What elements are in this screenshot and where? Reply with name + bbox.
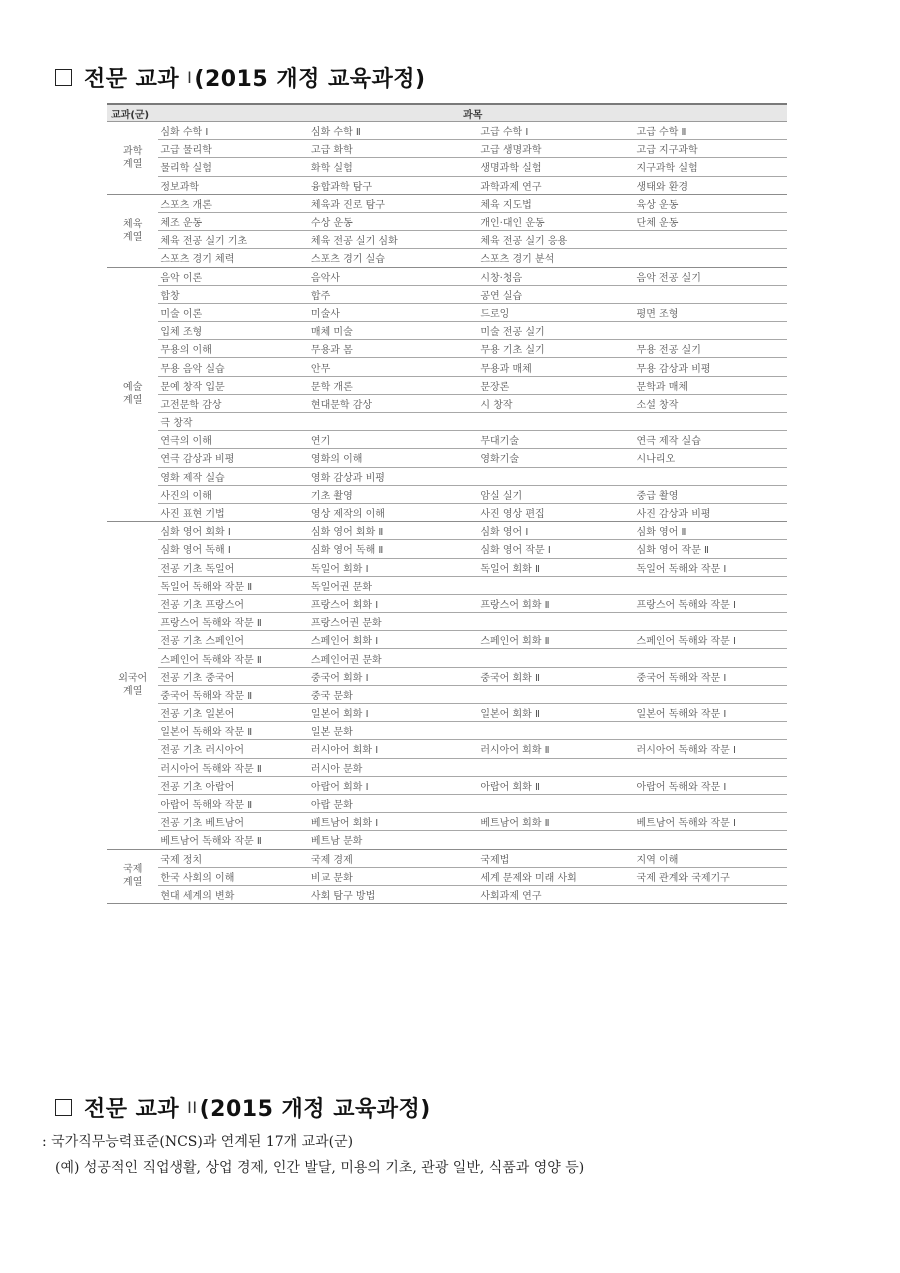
subject-cell: 음악사 <box>309 267 478 285</box>
table-row: 물리학 실험화학 실험생명과학 실험지구과학 실험 <box>107 158 787 176</box>
subject-cell: 아랍어 독해와 작문 Ⅱ <box>158 794 309 812</box>
subject-cell: 극 창작 <box>158 413 309 431</box>
checkbox-icon <box>55 69 72 86</box>
table-row: 베트남어 독해와 작문 Ⅱ베트남 문화 <box>107 831 787 849</box>
subject-cell: 고급 화학 <box>309 140 478 158</box>
subject-cell: 스페인어 독해와 작문 Ⅱ <box>158 649 309 667</box>
subject-cell: 심화 영어 회화 Ⅱ <box>309 522 478 540</box>
table-row: 입체 조형매체 미술미술 전공 실기 <box>107 322 787 340</box>
subject-cell <box>635 467 787 485</box>
subject-cell: 사진 감상과 비평 <box>635 503 787 521</box>
subject-cell: 한국 사회의 이해 <box>158 867 309 885</box>
subject-cell: 러시아어 회화 Ⅱ <box>478 740 634 758</box>
table-row: 연극 감상과 비평영화의 이해영화기술시나리오 <box>107 449 787 467</box>
subject-cell: 영화기술 <box>478 449 634 467</box>
subject-cell: 체육 전공 실기 기초 <box>158 231 309 249</box>
subject-cell: 고급 물리학 <box>158 140 309 158</box>
subject-cell: 영화 제작 실습 <box>158 467 309 485</box>
subject-cell: 고급 수학 Ⅰ <box>478 122 634 140</box>
subject-cell <box>635 576 787 594</box>
subject-cell: 문예 창작 입문 <box>158 376 309 394</box>
subject-cell: 비교 문화 <box>309 867 478 885</box>
subject-cell <box>635 831 787 849</box>
subject-cell: 스포츠 개론 <box>158 194 309 212</box>
subject-cell: 지역 이해 <box>635 849 787 867</box>
subject-cell: 일본어 독해와 작문 Ⅰ <box>635 704 787 722</box>
table-row: 과학계열심화 수학 Ⅰ심화 수학 Ⅱ고급 수학 Ⅰ고급 수학 Ⅱ <box>107 122 787 140</box>
heading-title: 전문 교과 <box>84 1092 179 1123</box>
subject-cell: 아랍어 회화 Ⅰ <box>309 776 478 794</box>
table-row: 스페인어 독해와 작문 Ⅱ스페인어권 문화 <box>107 649 787 667</box>
subject-cell: 고급 지구과학 <box>635 140 787 158</box>
group-label: 외국어계열 <box>107 522 158 849</box>
subject-cell: 현대문학 감상 <box>309 394 478 412</box>
subject-cell: 기초 촬영 <box>309 485 478 503</box>
table-header-row: 교과(군) 과목 <box>107 104 787 122</box>
subject-cell: 문학과 매체 <box>635 376 787 394</box>
subject-cell: 사회과제 연구 <box>478 885 634 903</box>
subject-cell <box>635 413 787 431</box>
table-row: 미술 이론미술사드로잉평면 조형 <box>107 303 787 321</box>
subject-cell: 안무 <box>309 358 478 376</box>
subject-cell: 러시아어 독해와 작문 Ⅰ <box>635 740 787 758</box>
subject-cell: 현대 세계의 변화 <box>158 885 309 903</box>
subject-cell: 스페인어권 문화 <box>309 649 478 667</box>
subject-cell: 수상 운동 <box>309 212 478 230</box>
table-row: 스포츠 경기 체력스포츠 경기 실습스포츠 경기 분석 <box>107 249 787 267</box>
subject-cell: 정보과학 <box>158 176 309 194</box>
subject-cell: 음악 이론 <box>158 267 309 285</box>
subject-cell <box>478 613 634 631</box>
subject-cell: 베트남어 회화 Ⅱ <box>478 813 634 831</box>
subject-cell: 독일어권 문화 <box>309 576 478 594</box>
subject-cell: 시 창작 <box>478 394 634 412</box>
subject-cell: 미술사 <box>309 303 478 321</box>
subject-cell: 고급 생명과학 <box>478 140 634 158</box>
subject-cell: 스포츠 경기 실습 <box>309 249 478 267</box>
subject-cell: 심화 수학 Ⅱ <box>309 122 478 140</box>
subject-cell: 심화 영어 작문 Ⅰ <box>478 540 634 558</box>
subject-cell: 독일어 독해와 작문 Ⅰ <box>635 558 787 576</box>
subject-cell: 사진 표현 기법 <box>158 503 309 521</box>
table-row: 고전문학 감상현대문학 감상시 창작소설 창작 <box>107 394 787 412</box>
subjects-table-container: 교과(군) 과목 과학계열심화 수학 Ⅰ심화 수학 Ⅱ고급 수학 Ⅰ고급 수학 … <box>107 103 787 904</box>
header-group: 교과(군) <box>107 104 158 122</box>
table-row: 전공 기초 중국어중국어 회화 Ⅰ중국어 회화 Ⅱ중국어 독해와 작문 Ⅰ <box>107 667 787 685</box>
heading-roman-numeral: II <box>187 1098 197 1117</box>
subject-cell: 음악 전공 실기 <box>635 267 787 285</box>
subject-cell: 베트남어 독해와 작문 Ⅱ <box>158 831 309 849</box>
subject-cell: 스포츠 경기 체력 <box>158 249 309 267</box>
table-row: 전공 기초 아랍어아랍어 회화 Ⅰ아랍어 회화 Ⅱ아랍어 독해와 작문 Ⅰ <box>107 776 787 794</box>
table-row: 합창합주공연 실습 <box>107 285 787 303</box>
subject-cell <box>635 685 787 703</box>
subject-cell: 심화 영어 독해 Ⅱ <box>309 540 478 558</box>
subject-cell <box>478 467 634 485</box>
subject-cell <box>635 649 787 667</box>
subject-cell: 심화 영어 독해 Ⅰ <box>158 540 309 558</box>
table-row: 전공 기초 러시아어러시아어 회화 Ⅰ러시아어 회화 Ⅱ러시아어 독해와 작문 … <box>107 740 787 758</box>
table-row: 전공 기초 독일어독일어 회화 Ⅰ독일어 회화 Ⅱ독일어 독해와 작문 Ⅰ <box>107 558 787 576</box>
subject-cell: 전공 기초 러시아어 <box>158 740 309 758</box>
subject-cell: 연극의 이해 <box>158 431 309 449</box>
table-row: 무용 음악 실습안무무용과 매체무용 감상과 비평 <box>107 358 787 376</box>
subject-cell <box>478 685 634 703</box>
subject-cell: 무용과 매체 <box>478 358 634 376</box>
subject-cell: 물리학 실험 <box>158 158 309 176</box>
subject-cell <box>635 794 787 812</box>
subject-cell: 베트남어 독해와 작문 Ⅰ <box>635 813 787 831</box>
subject-cell: 체육 지도법 <box>478 194 634 212</box>
subject-cell: 프랑스어 회화 Ⅰ <box>309 594 478 612</box>
subject-cell <box>635 722 787 740</box>
subject-cell: 미술 전공 실기 <box>478 322 634 340</box>
subject-cell: 스페인어 회화 Ⅱ <box>478 631 634 649</box>
subject-cell: 무용과 몸 <box>309 340 478 358</box>
heading-roman-numeral: I <box>187 68 192 87</box>
subject-cell: 국제 경제 <box>309 849 478 867</box>
subject-cell: 소설 창작 <box>635 394 787 412</box>
subject-cell <box>635 322 787 340</box>
checkbox-icon <box>55 1099 72 1116</box>
subject-cell: 문학 개론 <box>309 376 478 394</box>
subject-cell: 전공 기초 베트남어 <box>158 813 309 831</box>
section-heading-specialized-subjects-2: 전문 교과 II (2015 개정 교육과정) <box>55 1092 431 1123</box>
table-row: 프랑스어 독해와 작문 Ⅱ프랑스어권 문화 <box>107 613 787 631</box>
subject-cell: 심화 영어 회화 Ⅰ <box>158 522 309 540</box>
subject-cell: 베트남어 회화 Ⅰ <box>309 813 478 831</box>
subject-cell <box>478 831 634 849</box>
subject-cell: 육상 운동 <box>635 194 787 212</box>
subjects-table: 교과(군) 과목 과학계열심화 수학 Ⅰ심화 수학 Ⅱ고급 수학 Ⅰ고급 수학 … <box>107 103 787 904</box>
subject-cell <box>635 885 787 903</box>
subject-cell: 생태와 환경 <box>635 176 787 194</box>
subject-cell <box>635 231 787 249</box>
subject-cell <box>635 613 787 631</box>
subject-cell: 프랑스어 독해와 작문 Ⅱ <box>158 613 309 631</box>
subject-cell: 영화 감상과 비평 <box>309 467 478 485</box>
subject-cell: 입체 조형 <box>158 322 309 340</box>
subject-cell: 사진 영상 편집 <box>478 503 634 521</box>
table-row: 사진의 이해기초 촬영암실 실기중급 촬영 <box>107 485 787 503</box>
subject-cell: 시나리오 <box>635 449 787 467</box>
subject-cell: 중국 문화 <box>309 685 478 703</box>
subject-cell: 지구과학 실험 <box>635 158 787 176</box>
subject-cell: 융합과학 탐구 <box>309 176 478 194</box>
subject-cell: 베트남 문화 <box>309 831 478 849</box>
subject-cell: 독일어 회화 Ⅱ <box>478 558 634 576</box>
subject-cell: 독일어 회화 Ⅰ <box>309 558 478 576</box>
subject-cell: 심화 영어 Ⅰ <box>478 522 634 540</box>
subject-cell: 심화 영어 작문 Ⅱ <box>635 540 787 558</box>
table-row: 정보과학융합과학 탐구과학과제 연구생태와 환경 <box>107 176 787 194</box>
subject-cell: 암실 실기 <box>478 485 634 503</box>
subject-cell: 중국어 독해와 작문 Ⅱ <box>158 685 309 703</box>
subject-cell <box>478 649 634 667</box>
subject-cell: 무용의 이해 <box>158 340 309 358</box>
subject-cell: 아랍 문화 <box>309 794 478 812</box>
subject-cell: 프랑스어권 문화 <box>309 613 478 631</box>
subject-cell: 러시아어 회화 Ⅰ <box>309 740 478 758</box>
table-body: 과학계열심화 수학 Ⅰ심화 수학 Ⅱ고급 수학 Ⅰ고급 수학 Ⅱ고급 물리학고급… <box>107 122 787 904</box>
subject-cell: 러시아 문화 <box>309 758 478 776</box>
subject-cell: 생명과학 실험 <box>478 158 634 176</box>
heading-subtitle: (2015 개정 교육과정) <box>200 1092 431 1123</box>
table-row: 고급 물리학고급 화학고급 생명과학고급 지구과학 <box>107 140 787 158</box>
table-row: 전공 기초 스페인어스페인어 회화 Ⅰ스페인어 회화 Ⅱ스페인어 독해와 작문 … <box>107 631 787 649</box>
subject-cell <box>635 758 787 776</box>
subject-cell: 사회 탐구 방법 <box>309 885 478 903</box>
subject-cell: 문장론 <box>478 376 634 394</box>
table-row: 러시아어 독해와 작문 Ⅱ러시아 문화 <box>107 758 787 776</box>
subject-cell: 미술 이론 <box>158 303 309 321</box>
table-row: 영화 제작 실습영화 감상과 비평 <box>107 467 787 485</box>
heading-title: 전문 교과 <box>84 62 179 93</box>
subject-cell: 독일어 독해와 작문 Ⅱ <box>158 576 309 594</box>
subject-cell: 전공 기초 독일어 <box>158 558 309 576</box>
subject-cell: 체육과 진로 탐구 <box>309 194 478 212</box>
table-row: 전공 기초 베트남어베트남어 회화 Ⅰ베트남어 회화 Ⅱ베트남어 독해와 작문 … <box>107 813 787 831</box>
subject-cell <box>478 794 634 812</box>
subject-cell: 드로잉 <box>478 303 634 321</box>
subject-cell: 아랍어 회화 Ⅱ <box>478 776 634 794</box>
subject-cell: 일본어 독해와 작문 Ⅱ <box>158 722 309 740</box>
subject-cell: 화학 실험 <box>309 158 478 176</box>
table-row: 일본어 독해와 작문 Ⅱ일본 문화 <box>107 722 787 740</box>
subject-cell: 체조 운동 <box>158 212 309 230</box>
table-row: 연극의 이해연기무대기술연극 제작 실습 <box>107 431 787 449</box>
subject-cell: 과학과제 연구 <box>478 176 634 194</box>
subject-cell <box>478 722 634 740</box>
table-row: 극 창작 <box>107 413 787 431</box>
table-row: 아랍어 독해와 작문 Ⅱ아랍 문화 <box>107 794 787 812</box>
subject-cell: 개인·대인 운동 <box>478 212 634 230</box>
subject-cell: 합창 <box>158 285 309 303</box>
subject-cell: 중국어 회화 Ⅱ <box>478 667 634 685</box>
table-row: 중국어 독해와 작문 Ⅱ중국 문화 <box>107 685 787 703</box>
example-note: (예) 성공적인 직업생활, 상업 경제, 인간 발달, 미용의 기초, 관광 … <box>55 1157 584 1177</box>
table-row: 국제계열국제 정치국제 경제국제법지역 이해 <box>107 849 787 867</box>
table-row: 전공 기초 일본어일본어 회화 Ⅰ일본어 회화 Ⅱ일본어 독해와 작문 Ⅰ <box>107 704 787 722</box>
subject-cell <box>478 576 634 594</box>
subject-cell: 무용 기초 실기 <box>478 340 634 358</box>
subject-cell: 무용 감상과 비평 <box>635 358 787 376</box>
subject-cell: 일본어 회화 Ⅱ <box>478 704 634 722</box>
header-subjects: 과목 <box>158 104 787 122</box>
subject-cell <box>478 413 634 431</box>
subject-cell: 스페인어 독해와 작문 Ⅰ <box>635 631 787 649</box>
heading-subtitle: (2015 개정 교육과정) <box>194 62 425 93</box>
subject-cell: 고급 수학 Ⅱ <box>635 122 787 140</box>
subject-cell: 평면 조형 <box>635 303 787 321</box>
table-row: 전공 기초 프랑스어프랑스어 회화 Ⅰ프랑스어 회화 Ⅱ프랑스어 독해와 작문 … <box>107 594 787 612</box>
subject-cell <box>635 249 787 267</box>
table-row: 외국어계열심화 영어 회화 Ⅰ심화 영어 회화 Ⅱ심화 영어 Ⅰ심화 영어 Ⅱ <box>107 522 787 540</box>
subject-cell: 합주 <box>309 285 478 303</box>
table-row: 현대 세계의 변화사회 탐구 방법사회과제 연구 <box>107 885 787 903</box>
subject-cell <box>309 413 478 431</box>
table-row: 체육 전공 실기 기초체육 전공 실기 심화체육 전공 실기 응용 <box>107 231 787 249</box>
subject-cell: 영상 제작의 이해 <box>309 503 478 521</box>
subject-cell: 심화 수학 Ⅰ <box>158 122 309 140</box>
subject-cell: 무대기술 <box>478 431 634 449</box>
subject-cell: 프랑스어 회화 Ⅱ <box>478 594 634 612</box>
subject-cell: 일본 문화 <box>309 722 478 740</box>
group-label: 체육계열 <box>107 194 158 267</box>
group-label: 과학계열 <box>107 122 158 195</box>
subject-cell: 중국어 독해와 작문 Ⅰ <box>635 667 787 685</box>
subject-cell: 중국어 회화 Ⅰ <box>309 667 478 685</box>
section-heading-specialized-subjects-1: 전문 교과 I (2015 개정 교육과정) <box>55 62 426 93</box>
subject-cell: 전공 기초 아랍어 <box>158 776 309 794</box>
group-label: 국제계열 <box>107 849 158 904</box>
table-row: 독일어 독해와 작문 Ⅱ독일어권 문화 <box>107 576 787 594</box>
subject-cell: 일본어 회화 Ⅰ <box>309 704 478 722</box>
subject-cell <box>478 758 634 776</box>
subject-cell: 아랍어 독해와 작문 Ⅰ <box>635 776 787 794</box>
subject-cell: 전공 기초 프랑스어 <box>158 594 309 612</box>
table-row: 무용의 이해무용과 몸무용 기초 실기무용 전공 실기 <box>107 340 787 358</box>
subject-cell: 전공 기초 중국어 <box>158 667 309 685</box>
subject-cell: 무용 전공 실기 <box>635 340 787 358</box>
table-row: 사진 표현 기법영상 제작의 이해사진 영상 편집사진 감상과 비평 <box>107 503 787 521</box>
table-row: 한국 사회의 이해비교 문화세계 문제와 미래 사회국제 관계와 국제기구 <box>107 867 787 885</box>
subject-cell: 러시아어 독해와 작문 Ⅱ <box>158 758 309 776</box>
subject-cell: 전공 기초 일본어 <box>158 704 309 722</box>
subject-cell: 전공 기초 스페인어 <box>158 631 309 649</box>
subject-cell: 공연 실습 <box>478 285 634 303</box>
subject-cell: 무용 음악 실습 <box>158 358 309 376</box>
subject-cell: 심화 영어 Ⅱ <box>635 522 787 540</box>
subject-cell: 국제법 <box>478 849 634 867</box>
group-label: 예술계열 <box>107 267 158 522</box>
table-row: 체육계열스포츠 개론체육과 진로 탐구체육 지도법육상 운동 <box>107 194 787 212</box>
subject-cell: 스포츠 경기 분석 <box>478 249 634 267</box>
table-row: 심화 영어 독해 Ⅰ심화 영어 독해 Ⅱ심화 영어 작문 Ⅰ심화 영어 작문 Ⅱ <box>107 540 787 558</box>
subject-cell: 사진의 이해 <box>158 485 309 503</box>
subject-cell: 연기 <box>309 431 478 449</box>
subject-cell: 단체 운동 <box>635 212 787 230</box>
subject-cell: 연극 감상과 비평 <box>158 449 309 467</box>
subject-cell: 스페인어 회화 Ⅰ <box>309 631 478 649</box>
subject-cell: 국제 관계와 국제기구 <box>635 867 787 885</box>
subject-cell: 영화의 이해 <box>309 449 478 467</box>
subject-cell: 연극 제작 실습 <box>635 431 787 449</box>
table-row: 문예 창작 입문문학 개론문장론문학과 매체 <box>107 376 787 394</box>
subject-cell: 시창·청음 <box>478 267 634 285</box>
subject-cell: 중급 촬영 <box>635 485 787 503</box>
subject-cell: 국제 정치 <box>158 849 309 867</box>
subject-cell: 체육 전공 실기 응용 <box>478 231 634 249</box>
table-row: 체조 운동수상 운동개인·대인 운동단체 운동 <box>107 212 787 230</box>
subject-cell: 매체 미술 <box>309 322 478 340</box>
subject-cell: 세계 문제와 미래 사회 <box>478 867 634 885</box>
subject-cell: 프랑스어 독해와 작문 Ⅰ <box>635 594 787 612</box>
subject-cell: 고전문학 감상 <box>158 394 309 412</box>
subject-cell: 체육 전공 실기 심화 <box>309 231 478 249</box>
ncs-note: : 국가직무능력표준(NCS)과 연계된 17개 교과(군) <box>42 1131 353 1151</box>
subject-cell <box>635 285 787 303</box>
table-row: 예술계열음악 이론음악사시창·청음음악 전공 실기 <box>107 267 787 285</box>
